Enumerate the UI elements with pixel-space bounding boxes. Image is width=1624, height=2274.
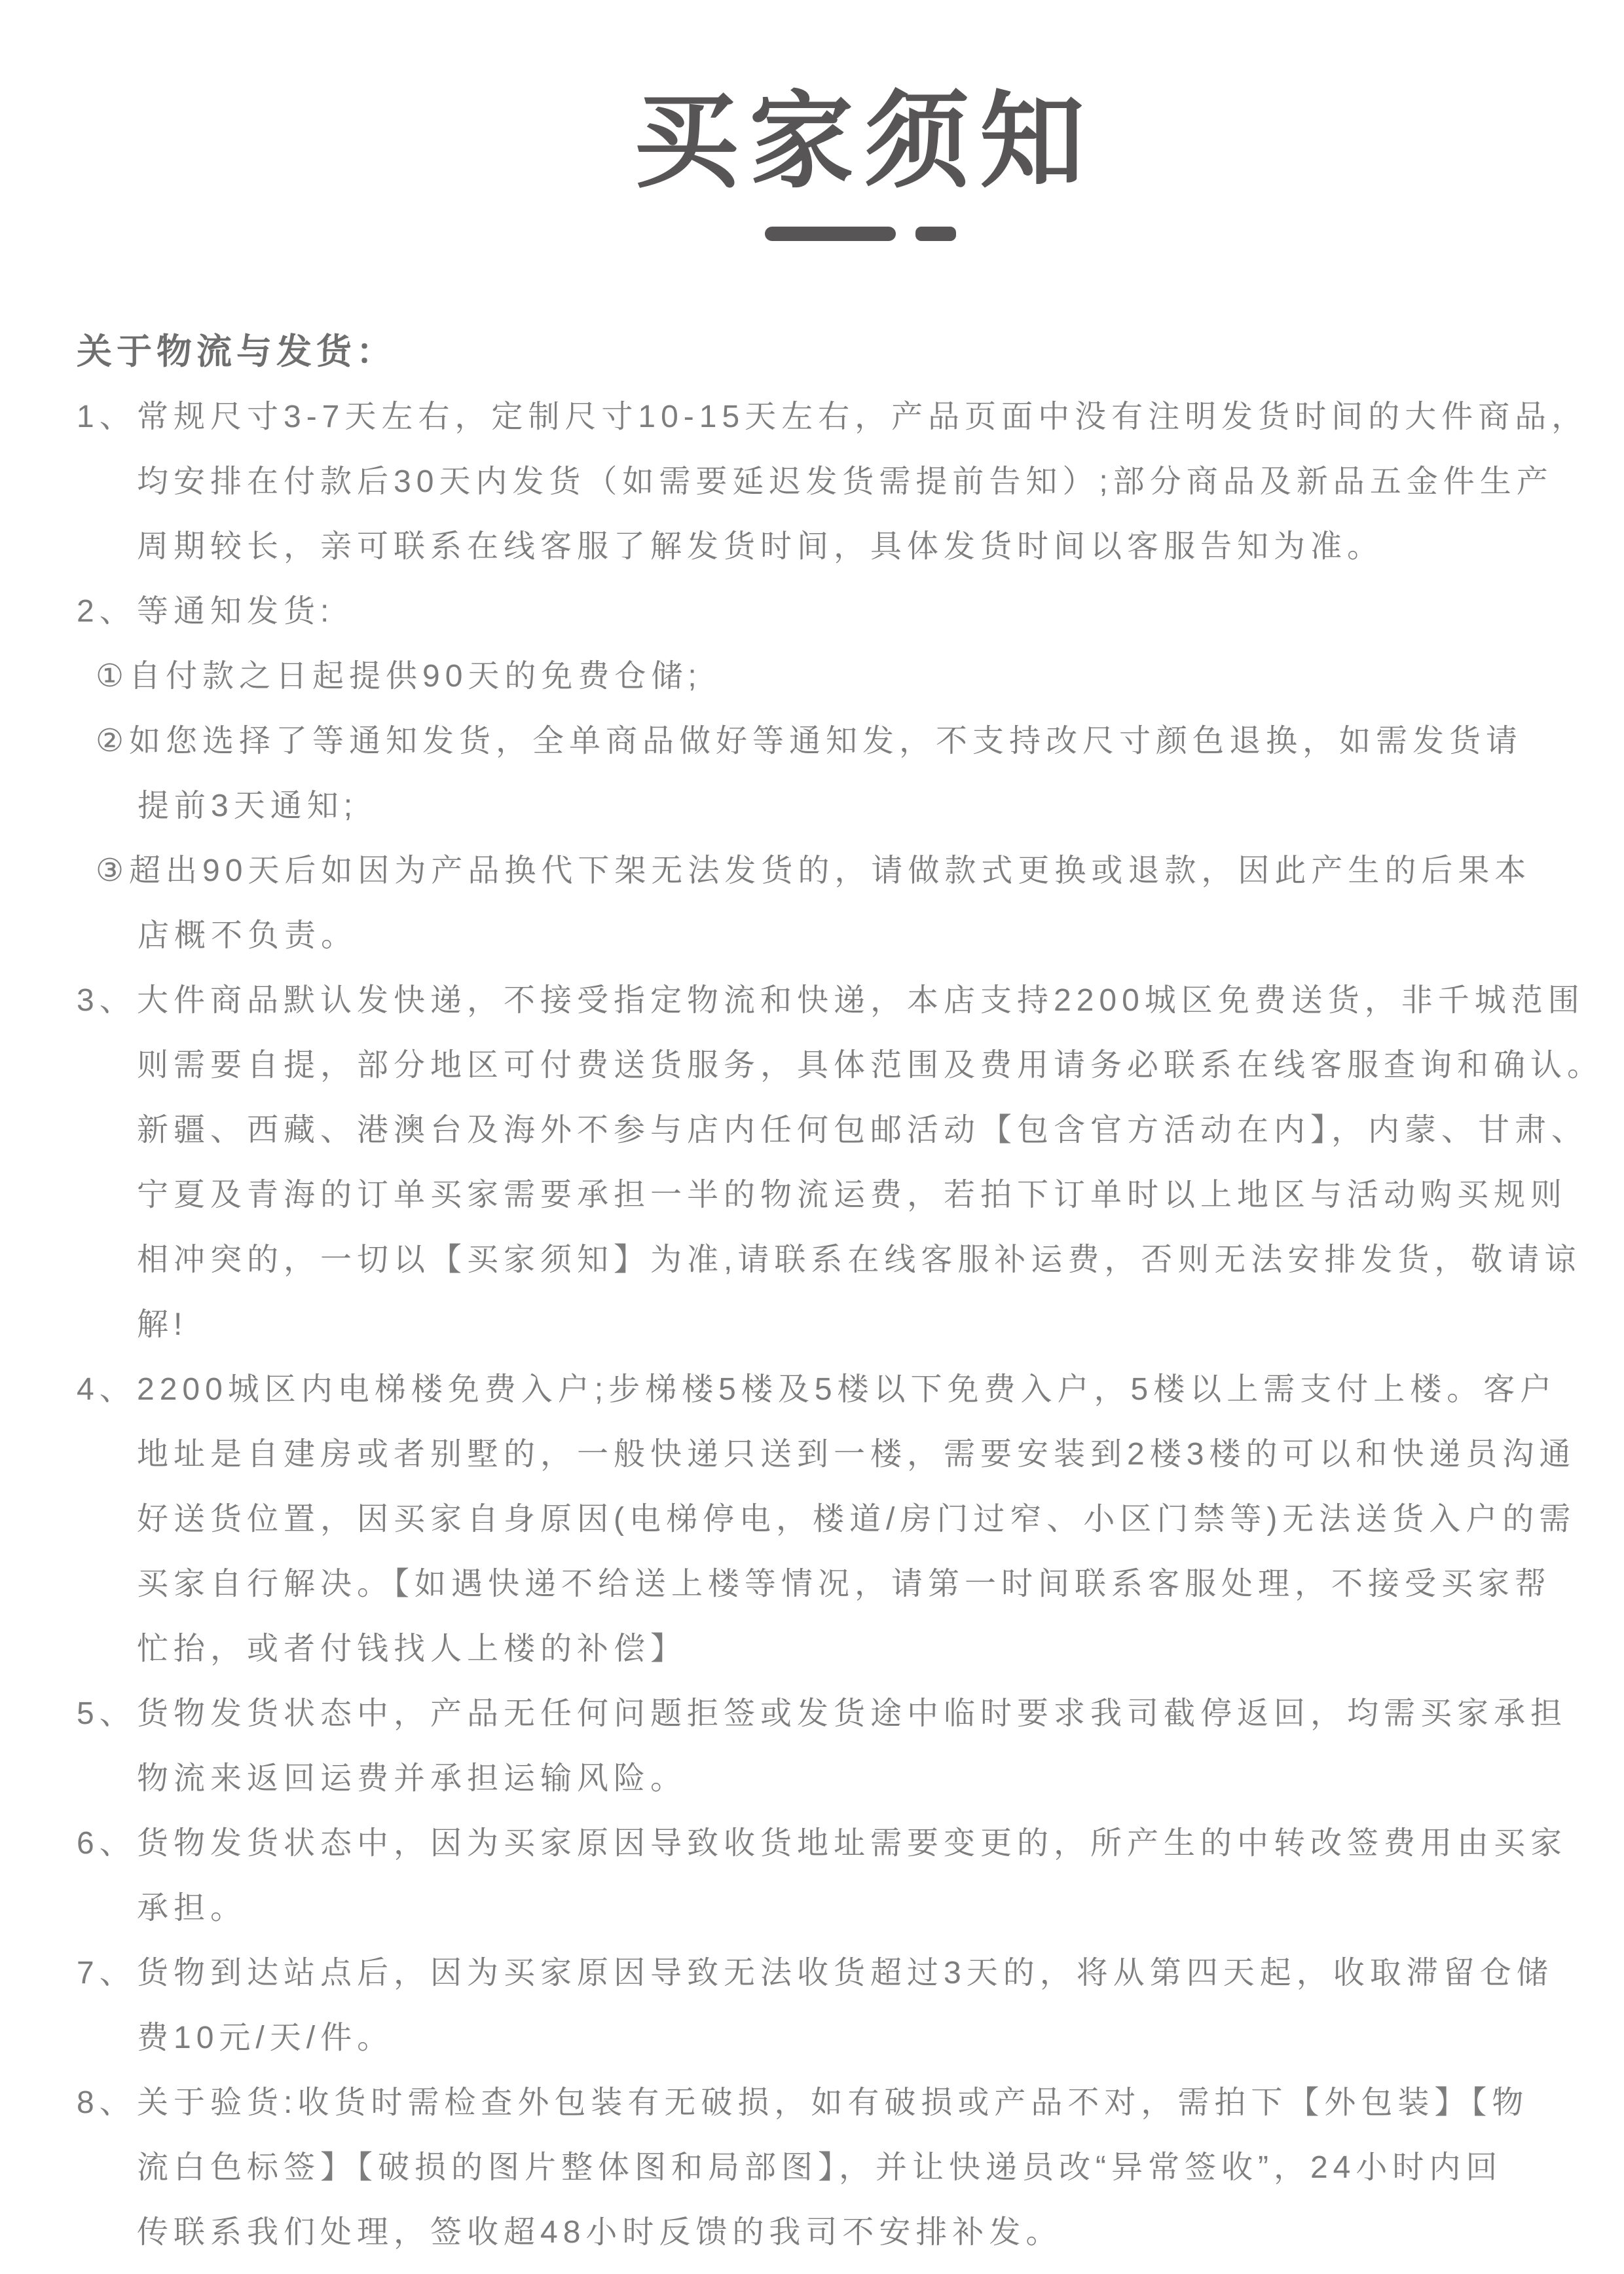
item-line: 费10元/天/件。 [137, 2005, 1624, 2070]
item-line: 货物发货状态中，产品无任何问题拒签或发货途中临时要求我司截停返回，均需买家承担 [137, 1681, 1624, 1746]
notice-subitem-2-3: ③超出90天后如因为产品换代下架无法发货的，请做款式更换或退款，因此产生的后果本… [96, 838, 1624, 968]
notice-item-2: 2、 等通知发货: [77, 579, 1624, 644]
notice-subitem-2-1: ①自付款之日起提供90天的免费仓储; [96, 644, 1624, 709]
item-line: 货物发货状态中，因为买家原因导致收货地址需要变更的，所产生的中转改签费用由买家 [137, 1811, 1624, 1876]
title-underline-decoration [765, 227, 956, 241]
item-line: 解! [137, 1292, 1624, 1357]
item-line: 忙抬，或者付钱找人上楼的补偿】 [137, 1616, 1624, 1681]
item-line: ③超出90天后如因为产品换代下架无法发货的，请做款式更换或退款，因此产生的后果本 [138, 838, 1624, 903]
buyer-notice-page: 买家须知 关于物流与发货： 1、 常规尺寸3-7天左右，定制尺寸10-15天左右… [0, 0, 1624, 2274]
item-line: 相冲突的，一切以【买家须知】为准,请联系在线客服补运费，否则无法安排发货，敬请谅 [137, 1227, 1624, 1292]
item-line: 店概不负责。 [138, 903, 1624, 968]
notice-item-5: 5、 货物发货状态中，产品无任何问题拒签或发货途中临时要求我司截停返回，均需买家… [77, 1681, 1624, 1811]
item-line: ①自付款之日起提供90天的免费仓储; [138, 644, 1624, 709]
underline-short-bar [915, 227, 956, 241]
underline-long-bar [765, 227, 896, 241]
item-line: 物流来返回运费并承担运输风险。 [137, 1746, 1624, 1811]
item-line: 地址是自建房或者别墅的，一般快递只送到一楼，需要安装到2楼3楼的可以和快递员沟通 [137, 1422, 1624, 1487]
notice-item-1: 1、 常规尺寸3-7天左右，定制尺寸10-15天左右，产品页面中没有注明发货时间… [77, 384, 1624, 579]
item-line: 等通知发货: [137, 579, 1624, 644]
notice-item-8: 8、 关于验货:收货时需检查外包装有无破损，如有破损或产品不对，需拍下【外包装】… [77, 2070, 1624, 2265]
item-line: 关于验货:收货时需检查外包装有无破损，如有破损或产品不对，需拍下【外包装】【物 [137, 2070, 1624, 2135]
notice-item-7: 7、 货物到达站点后，因为买家原因导致无法收货超过3天的，将从第四天起，收取滞留… [77, 1941, 1624, 2070]
notice-item-6: 6、 货物发货状态中，因为买家原因导致收货地址需要变更的，所产生的中转改签费用由… [77, 1811, 1624, 1941]
item-line: 周期较长，亲可联系在线客服了解发货时间，具体发货时间以客服告知为准。 [137, 514, 1624, 579]
item-number: 5、 [77, 1681, 136, 1746]
section-heading: 关于物流与发货： [77, 320, 1624, 384]
item-number: 8、 [77, 2070, 136, 2135]
item-line: 常规尺寸3-7天左右，定制尺寸10-15天左右，产品页面中没有注明发货时间的大件… [137, 384, 1624, 449]
item-number: 3、 [77, 968, 136, 1033]
notice-item-4: 4、 2200城区内电梯楼免费入户;步梯楼5楼及5楼以下免费入户，5楼以上需支付… [77, 1357, 1624, 1681]
item-line: 提前3天通知; [138, 774, 1624, 838]
page-title: 买家须知 [0, 84, 1624, 199]
item-line: 流白色标签】【破损的图片整体图和局部图】，并让快递员改“异常签收”，24小时内回 [137, 2135, 1624, 2200]
item-line: ②如您选择了等通知发货，全单商品做好等通知发，不支持改尺寸颜色退换，如需发货请 [138, 709, 1624, 774]
item-line: 货物到达站点后，因为买家原因导致无法收货超过3天的，将从第四天起，收取滞留仓储 [137, 1941, 1624, 2005]
notice-item-3: 3、 大件商品默认发快递，不接受指定物流和快递，本店支持2200城区免费送货，非… [77, 968, 1624, 1357]
item-line: 承担。 [137, 1876, 1624, 1941]
item-line: 则需要自提，部分地区可付费送货服务，具体范围及费用请务必联系在线客服查询和确认。 [137, 1033, 1624, 1098]
item-line: 均安排在付款后30天内发货（如需要延迟发货需提前告知）;部分商品及新品五金件生产 [137, 449, 1624, 514]
item-line: 新疆、西藏、港澳台及海外不参与店内任何包邮活动【包含官方活动在内】，内蒙、甘肃、 [137, 1098, 1624, 1163]
notice-content: 关于物流与发货： 1、 常规尺寸3-7天左右，定制尺寸10-15天左右，产品页面… [77, 320, 1624, 2265]
item-line: 传联系我们处理，签收超48小时反馈的我司不安排补发。 [137, 2200, 1624, 2265]
item-line: 好送货位置，因买家自身原因(电梯停电，楼道/房门过窄、小区门禁等)无法送货入户的… [137, 1487, 1624, 1552]
item-line: 大件商品默认发快递，不接受指定物流和快递，本店支持2200城区免费送货，非千城范… [137, 968, 1624, 1033]
notice-subitem-2-2: ②如您选择了等通知发货，全单商品做好等通知发，不支持改尺寸颜色退换，如需发货请 … [96, 709, 1624, 838]
item-line: 2200城区内电梯楼免费入户;步梯楼5楼及5楼以下免费入户，5楼以上需支付上楼。… [137, 1357, 1624, 1422]
item-line: 宁夏及青海的订单买家需要承担一半的物流运费，若拍下订单时以上地区与活动购买规则 [137, 1163, 1624, 1227]
item-number: 1、 [77, 384, 136, 449]
item-number: 6、 [77, 1811, 136, 1876]
item-line: 买家自行解决。【如遇快递不给送上楼等情况，请第一时间联系客服处理，不接受买家帮 [137, 1552, 1624, 1616]
item-number: 2、 [77, 579, 136, 644]
item-number: 7、 [77, 1941, 136, 2005]
item-number: 4、 [77, 1357, 136, 1422]
